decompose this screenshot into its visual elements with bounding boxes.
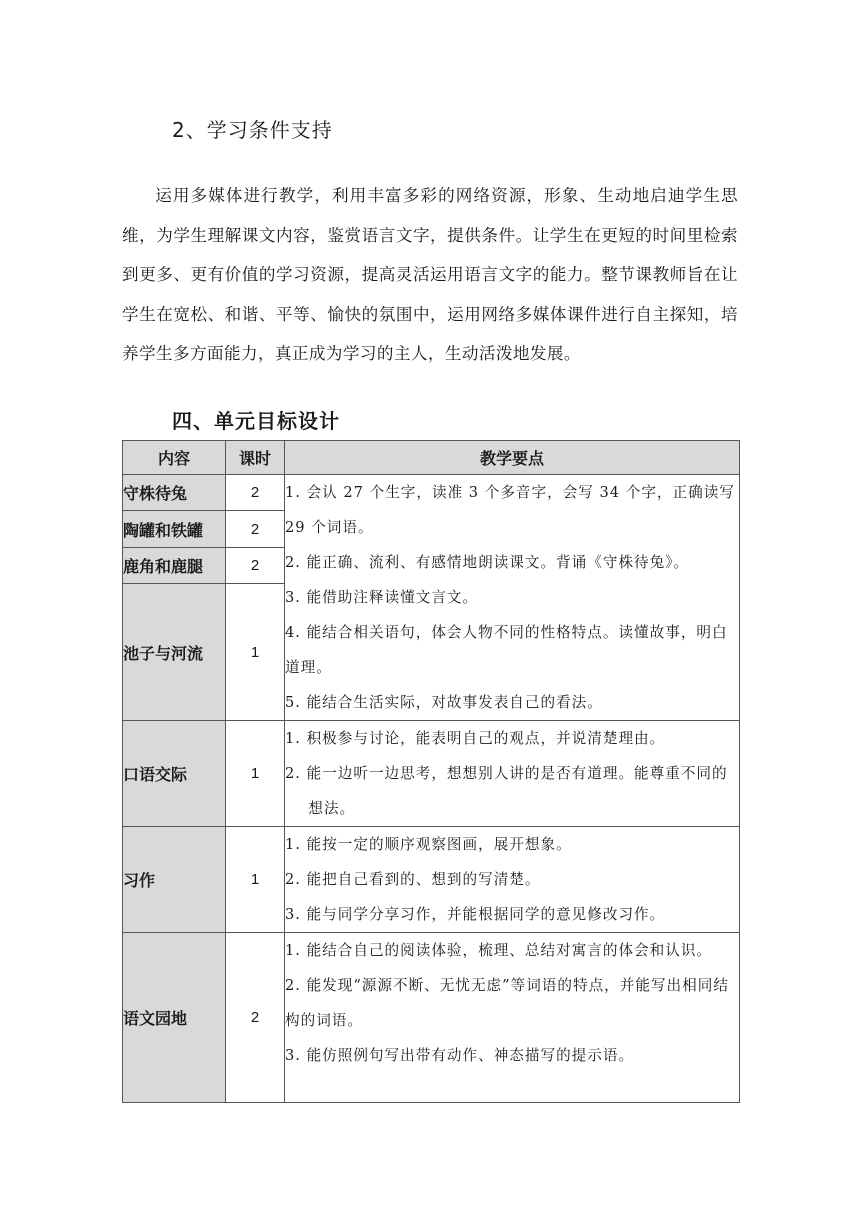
lesson-hours: 2 [226,475,285,511]
key-point: 2. 能正确、流利、有感情地朗读课文。背诵《守株待兔》。 [285,545,739,580]
table-row: 口语交际 1 1. 积极参与讨论，能表明自己的观点，并说清楚理由。 2. 能一边… [123,721,740,827]
key-point: 2. 能一边听一边思考，想想别人讲的是否有道理。能尊重不同的想法。 [285,756,739,826]
lesson-hours: 2 [226,547,285,583]
key-point: 1. 会认 27 个生字，读准 3 个多音字，会写 34 个字，正确读写 29 … [285,475,739,545]
body-paragraph: 运用多媒体进行教学，利用丰富多彩的网络资源，形象、生动地启迪学生思维，为学生理解… [122,176,738,374]
header-hours: 课时 [226,441,285,475]
document-page: 2、学习条件支持 运用多媒体进行教学，利用丰富多彩的网络资源，形象、生动地启迪学… [0,0,860,1216]
key-points-cell: 1. 会认 27 个生字，读准 3 个多音字，会写 34 个字，正确读写 29 … [285,475,740,721]
lesson-hours: 2 [226,511,285,547]
header-key-points: 教学要点 [285,441,740,475]
key-points-cell: 1. 积极参与讨论，能表明自己的观点，并说清楚理由。 2. 能一边听一边思考，想… [285,721,740,827]
unit-goals-table: 内容 课时 教学要点 守株待兔 2 1. 会认 27 个生字，读准 3 个多音字… [122,440,740,1103]
key-point: 1. 积极参与讨论，能表明自己的观点，并说清楚理由。 [285,721,739,756]
table-row: 语文园地 2 1. 能结合自己的阅读体验，梳理、总结对寓言的体会和认识。 2. … [123,933,740,1103]
lesson-hours: 1 [226,721,285,827]
lesson-hours: 1 [226,584,285,721]
table-row: 守株待兔 2 1. 会认 27 个生字，读准 3 个多音字，会写 34 个字，正… [123,475,740,511]
section-heading: 四、单元目标设计 [172,405,340,434]
lesson-name: 口语交际 [123,721,226,827]
lesson-name: 习作 [123,827,226,933]
lesson-name: 陶罐和铁罐 [123,511,226,547]
key-point: 2. 能发现“源源不断、无忧无虑”等词语的特点，并能写出相同结构的词语。 [285,968,739,1038]
key-point: 2. 能把自己看到的、想到的写清楚。 [285,862,739,897]
key-points-cell: 1. 能结合自己的阅读体验，梳理、总结对寓言的体会和认识。 2. 能发现“源源不… [285,933,740,1103]
lesson-name: 语文园地 [123,933,226,1103]
table-header-row: 内容 课时 教学要点 [123,441,740,475]
section-subheading: 2、学习条件支持 [172,114,333,143]
key-point: 5. 能结合生活实际，对故事发表自己的看法。 [285,685,739,720]
table-row: 习作 1 1. 能按一定的顺序观察图画，展开想象。 2. 能把自己看到的、想到的… [123,827,740,933]
lesson-name: 守株待兔 [123,475,226,511]
key-point: 3. 能借助注释读懂文言文。 [285,580,739,615]
key-point: 3. 能仿照例句写出带有动作、神态描写的提示语。 [285,1038,739,1073]
key-point: 3. 能与同学分享习作，并能根据同学的意见修改习作。 [285,897,739,932]
lesson-name: 池子与河流 [123,584,226,721]
lesson-hours: 1 [226,827,285,933]
key-point: 4. 能结合相关语句，体会人物不同的性格特点。读懂故事，明白道理。 [285,615,739,685]
key-point: 1. 能按一定的顺序观察图画，展开想象。 [285,827,739,862]
header-content: 内容 [123,441,226,475]
lesson-name: 鹿角和鹿腿 [123,547,226,583]
key-points-cell: 1. 能按一定的顺序观察图画，展开想象。 2. 能把自己看到的、想到的写清楚。 … [285,827,740,933]
lesson-hours: 2 [226,933,285,1103]
key-point: 1. 能结合自己的阅读体验，梳理、总结对寓言的体会和认识。 [285,933,739,968]
